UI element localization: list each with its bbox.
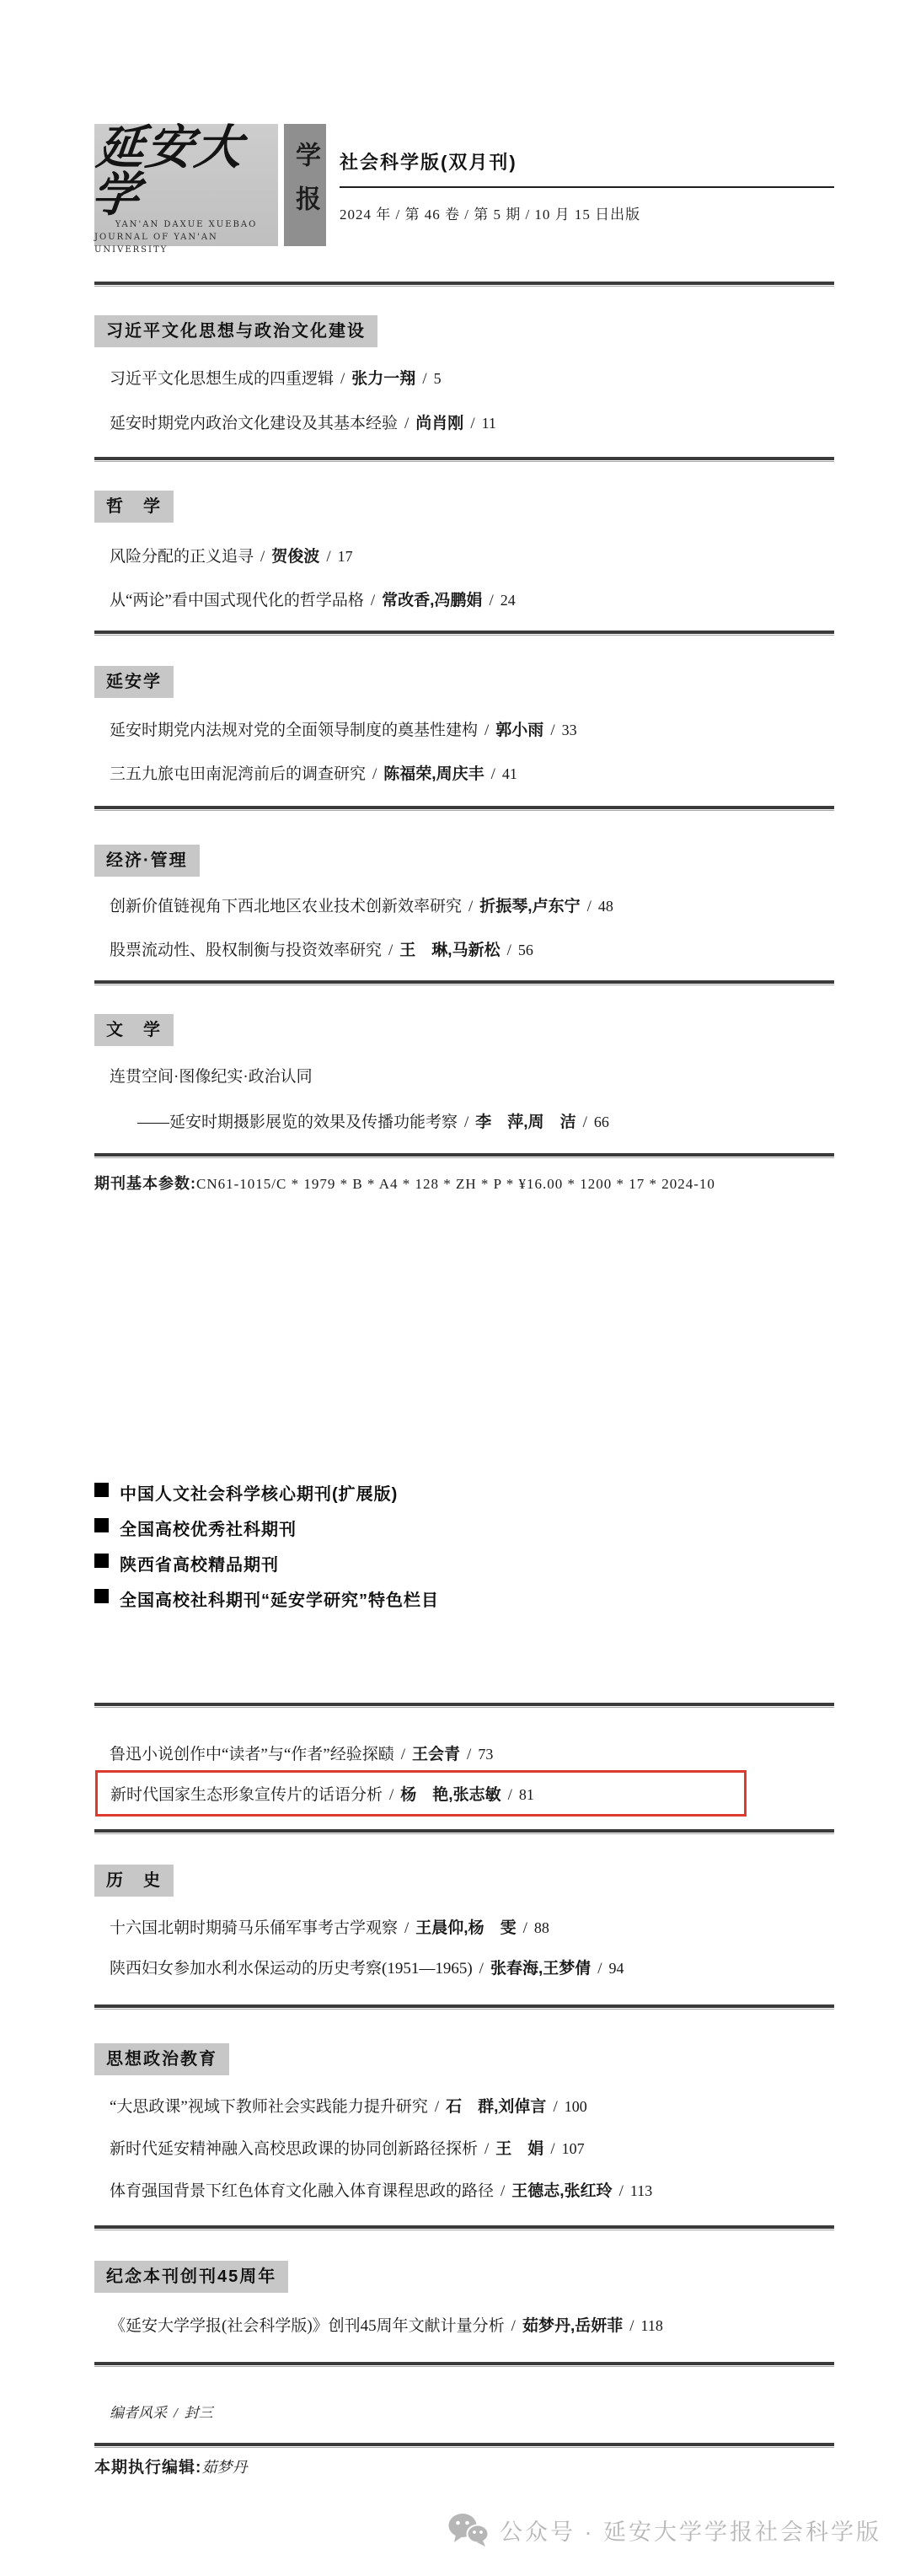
slash-separator: / <box>467 1746 471 1763</box>
article-title: “大思政课”视域下教师社会实践能力提升研究 <box>110 2098 428 2116</box>
slash-separator: / <box>597 1960 602 1978</box>
article-authors: 张春海,王梦倩 <box>490 1960 591 1978</box>
logo-calligraphy: 延安大学 <box>89 124 283 218</box>
article-authors: 王 琳,马新松 <box>399 942 500 959</box>
article-page: 24 <box>500 592 516 609</box>
article-authors: 折振琴,卢东宁 <box>479 898 580 915</box>
article-authors: 杨 艳,张志敏 <box>400 1786 500 1804</box>
honor-item: 中国人文社会科学核心期刊(扩展版) <box>94 1480 398 1505</box>
article-page: 41 <box>502 765 517 782</box>
slash-separator: / <box>422 370 426 388</box>
article-page: 113 <box>630 2182 652 2199</box>
slash-separator: / <box>435 2098 439 2116</box>
article-entry: 连贯空间·图像纪实·政治认同 <box>110 1064 313 1087</box>
slash-separator: / <box>491 765 495 783</box>
section-label: 纪念本刊创刊45周年 <box>106 2267 276 2286</box>
article-title: 从“两论”看中国式现代化的哲学品格 <box>110 592 364 609</box>
article-entry: 三五九旅屯田南泥湾前后的调查研究/陈福荣,周庆丰/41 <box>110 761 517 784</box>
slash-separator: / <box>583 1114 587 1131</box>
journal-params-line: 期刊基本参数:CN61-1015/C * 1979 * B * A4 * 128… <box>94 1172 715 1194</box>
slash-separator: / <box>340 370 345 388</box>
wechat-watermark: 公众号 · 延安大学学报社会科学版 <box>0 2512 881 2547</box>
executive-editor-line: 本期执行编辑:茹梦丹 <box>94 2455 247 2477</box>
article-subtitle-row: ——延安时期摄影展览的效果及传播功能考察/李 萍,周 洁/66 <box>137 1109 609 1132</box>
article-authors: 王德志,张红玲 <box>511 2182 612 2200</box>
honor-item: 全国高校社科期刊“延安学研究”特色栏目 <box>94 1586 439 1611</box>
article-title: 体育强国背景下红色体育文化融入体育课程思政的路径 <box>110 2182 494 2200</box>
article-page: 94 <box>609 1960 624 1977</box>
section-header-box: 习近平文化思想与政治文化建设 <box>94 315 377 347</box>
issue-info: 2024 年 / 第 46 卷 / 第 5 期 / 10 月 15 日出版 <box>340 202 640 223</box>
article-entry-highlighted: 新时代国家生态形象宣传片的话语分析/杨 艳,张志敏/81 <box>110 1782 534 1805</box>
article-authors: 尚肖刚 <box>415 415 463 432</box>
article-entry: 陕西妇女参加水利水保运动的历史考察(1951—1965)/张春海,王梦倩/94 <box>110 1956 624 1978</box>
divider-rule <box>94 806 834 811</box>
section-header-box: 历 史 <box>94 1865 174 1897</box>
article-title: 十六国北朝时期骑马乐俑军事考古学观察 <box>110 1919 398 1937</box>
honor-item: 陕西省高校精品期刊 <box>94 1551 279 1575</box>
journal-logo-box: 延安大学 YAN'AN DAXUE XUEBAO JOURNAL OF YAN'… <box>94 124 278 246</box>
article-page: 118 <box>641 2317 663 2334</box>
slash-separator: / <box>372 765 377 783</box>
article-entry: 《延安大学学报(社会科学版)》创刊45周年文献计量分析/茹梦丹,岳妍菲/118 <box>110 2313 663 2336</box>
section-header-box: 哲 学 <box>94 491 174 523</box>
article-authors: 王 娟 <box>495 2140 543 2158</box>
honor-label: 中国人文社会科学核心期刊(扩展版) <box>120 1480 398 1505</box>
article-title: 风险分配的正义追寻 <box>110 548 254 566</box>
article-page: 5 <box>434 370 442 387</box>
honor-label: 陕西省高校精品期刊 <box>120 1551 279 1575</box>
divider-rule <box>94 2225 834 2230</box>
article-page: 17 <box>338 548 353 565</box>
article-page: 88 <box>534 1919 549 1936</box>
section-header-box: 经济·管理 <box>94 845 200 877</box>
section-header-box: 思想政治教育 <box>94 2043 229 2075</box>
slash-separator: / <box>404 415 409 432</box>
divider-rule <box>94 2443 834 2448</box>
divider-rule <box>94 282 834 287</box>
article-title: 新时代延安精神融入高校思政课的协同创新路径探析 <box>110 2140 478 2158</box>
xuebao-vertical-box: 学报 <box>284 124 326 246</box>
honor-item: 全国高校优秀社科期刊 <box>94 1516 297 1540</box>
article-page: 48 <box>598 898 613 915</box>
slash-separator: / <box>550 722 554 739</box>
section-header-box: 延安学 <box>94 666 174 698</box>
divider-rule <box>94 457 834 462</box>
article-title: 创新价值链视角下西北地区农业技术创新效率研究 <box>110 898 462 915</box>
divider-rule <box>94 631 834 636</box>
slash-separator: / <box>468 898 473 915</box>
article-entry: “大思政课”视域下教师社会实践能力提升研究/石 群,刘倬言/100 <box>110 2094 587 2117</box>
gallery-page: 封三 <box>185 2405 213 2421</box>
article-entry: 十六国北朝时期骑马乐俑军事考古学观察/王晨仰,杨 雯/88 <box>110 1915 549 1938</box>
params-value: CN61-1015/C * 1979 * B * A4 * 128 * ZH *… <box>196 1176 715 1192</box>
article-title: 《延安大学学报(社会科学版)》创刊45周年文献计量分析 <box>110 2317 505 2335</box>
journal-toc-page: 延安大学 YAN'AN DAXUE XUEBAO JOURNAL OF YAN'… <box>0 0 910 2576</box>
slash-separator: / <box>404 1919 409 1937</box>
article-authors: 王晨仰,杨 雯 <box>415 1919 516 1937</box>
divider-rule <box>94 2362 834 2367</box>
section-label: 延安学 <box>106 673 162 691</box>
edition-divider <box>340 186 834 188</box>
section-header-box: 文 学 <box>94 1014 174 1046</box>
article-entry: 从“两论”看中国式现代化的哲学品格/常改香,冯鹏娟/24 <box>110 588 516 610</box>
slash-separator: / <box>619 2182 624 2200</box>
article-subtitle: ——延安时期摄影展览的效果及传播功能考察 <box>137 1114 458 1131</box>
section-label: 思想政治教育 <box>106 2050 217 2069</box>
editor-gallery-line: 编者风采/封三 <box>110 2401 213 2422</box>
executive-editor-name: 茹梦丹 <box>201 2459 247 2476</box>
slash-separator: / <box>401 1746 405 1763</box>
slash-separator: / <box>174 2405 178 2421</box>
article-entry: 股票流动性、股权制衡与投资效率研究/王 琳,马新松/56 <box>110 937 533 960</box>
slash-separator: / <box>388 942 393 959</box>
divider-rule <box>94 2004 834 2010</box>
bullet-square-icon <box>94 1589 109 1603</box>
article-page: 100 <box>565 2098 587 2115</box>
slash-separator: / <box>553 2098 557 2116</box>
slash-separator: / <box>326 548 330 566</box>
article-entry: 体育强国背景下红色体育文化融入体育课程思政的路径/王德志,张红玲/113 <box>110 2178 652 2201</box>
slash-separator: / <box>507 942 511 959</box>
slash-separator: / <box>550 2140 554 2158</box>
section-label: 经济·管理 <box>106 851 188 870</box>
slash-separator: / <box>464 1114 468 1131</box>
slash-separator: / <box>479 1960 484 1978</box>
article-entry: 延安时期党内法规对党的全面领导制度的奠基性建构/郭小雨/33 <box>110 717 577 740</box>
article-authors: 常改香,冯鹏娟 <box>382 592 482 609</box>
article-entry: 创新价值链视角下西北地区农业技术创新效率研究/折振琴,卢东宁/48 <box>110 894 613 916</box>
article-authors: 茹梦丹,岳妍菲 <box>522 2317 623 2335</box>
honor-label: 全国高校社科期刊“延安学研究”特色栏目 <box>120 1586 439 1611</box>
article-authors: 陈福荣,周庆丰 <box>383 765 484 783</box>
logo-subtitle-english: JOURNAL OF YAN'AN UNIVERSITY <box>94 231 278 256</box>
article-page: 73 <box>478 1746 493 1763</box>
section-label: 历 史 <box>106 1871 162 1890</box>
article-title: 连贯空间·图像纪实·政治认同 <box>110 1068 313 1086</box>
wechat-watermark-text: 公众号 · 延安大学学报社会科学版 <box>500 2514 881 2546</box>
article-entry: 习近平文化思想生成的四重逻辑/张力一翔/5 <box>110 366 442 389</box>
gallery-title: 编者风采 <box>110 2405 167 2421</box>
article-authors: 贺俊波 <box>271 548 319 566</box>
xuebao-label: 学报 <box>284 142 326 229</box>
executive-editor-label: 本期执行编辑: <box>94 2459 201 2477</box>
article-title: 陕西妇女参加水利水保运动的历史考察(1951—1965) <box>110 1960 473 1978</box>
bullet-square-icon <box>94 1518 109 1532</box>
slash-separator: / <box>260 548 265 566</box>
article-title: 延安时期党内政治文化建设及其基本经验 <box>110 415 398 432</box>
slash-separator: / <box>629 2317 634 2335</box>
article-page: 81 <box>519 1786 534 1803</box>
article-page: 66 <box>594 1114 609 1130</box>
article-authors: 张力一翔 <box>351 370 415 388</box>
article-title: 新时代国家生态形象宣传片的话语分析 <box>110 1786 383 1804</box>
divider-rule <box>94 1703 834 1708</box>
article-entry: 风险分配的正义追寻/贺俊波/17 <box>110 544 353 566</box>
slash-separator: / <box>484 722 489 739</box>
article-page: 56 <box>518 942 533 958</box>
params-label: 期刊基本参数: <box>94 1175 196 1192</box>
article-title: 股票流动性、股权制衡与投资效率研究 <box>110 942 382 959</box>
bullet-square-icon <box>94 1483 109 1497</box>
section-header-box: 纪念本刊创刊45周年 <box>94 2261 288 2293</box>
edition-title: 社会科学版(双月刊) <box>340 148 517 174</box>
slash-separator: / <box>371 592 375 609</box>
article-entry: 鲁迅小说创作中“读者”与“作者”经验探赜/王会青/73 <box>110 1741 493 1764</box>
slash-separator: / <box>500 2182 505 2200</box>
section-label: 习近平文化思想与政治文化建设 <box>106 322 366 341</box>
article-entry: 延安时期党内政治文化建设及其基本经验/尚肖刚/11 <box>110 411 496 433</box>
slash-separator: / <box>511 2317 516 2335</box>
article-authors: 王会青 <box>412 1746 460 1763</box>
wechat-icon <box>447 2512 490 2547</box>
highlight-red-box: 新时代国家生态形象宣传片的话语分析/杨 艳,张志敏/81 <box>95 1770 747 1817</box>
article-page: 11 <box>482 415 496 432</box>
slash-separator: / <box>484 2140 489 2158</box>
article-title: 延安时期党内法规对党的全面领导制度的奠基性建构 <box>110 722 478 739</box>
article-title: 三五九旅屯田南泥湾前后的调查研究 <box>110 765 366 783</box>
article-authors: 石 群,刘倬言 <box>446 2098 546 2116</box>
article-page: 107 <box>562 2140 585 2157</box>
slash-separator: / <box>508 1786 512 1804</box>
slash-separator: / <box>470 415 474 432</box>
divider-rule <box>94 980 834 985</box>
bullet-square-icon <box>94 1554 109 1568</box>
divider-rule <box>94 1153 834 1158</box>
article-title: 习近平文化思想生成的四重逻辑 <box>110 370 334 388</box>
slash-separator: / <box>587 898 591 915</box>
honor-label: 全国高校优秀社科期刊 <box>120 1516 297 1540</box>
section-label: 文 学 <box>106 1021 162 1039</box>
section-label: 哲 学 <box>106 497 162 516</box>
article-title: 鲁迅小说创作中“读者”与“作者”经验探赜 <box>110 1746 394 1763</box>
article-authors: 郭小雨 <box>495 722 543 739</box>
article-page: 33 <box>562 722 577 738</box>
slash-separator: / <box>389 1786 393 1804</box>
article-authors: 李 萍,周 洁 <box>475 1114 575 1131</box>
article-entry: 新时代延安精神融入高校思政课的协同创新路径探析/王 娟/107 <box>110 2136 585 2159</box>
divider-rule <box>94 1829 834 1834</box>
slash-separator: / <box>523 1919 527 1937</box>
slash-separator: / <box>489 592 493 609</box>
